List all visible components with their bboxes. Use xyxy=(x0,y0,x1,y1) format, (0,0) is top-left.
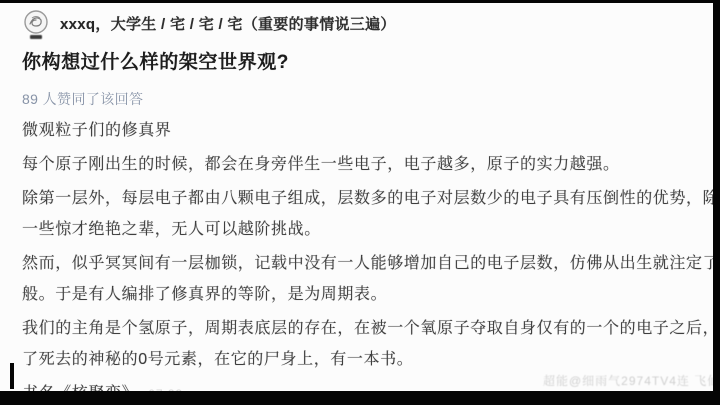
book-title: 书名《核聚变》 xyxy=(22,378,138,391)
question-title[interactable]: 你构想过什么样的架空世界观? xyxy=(22,47,289,74)
answer-header: xxxq，大学生 / 宅 / 宅 / 宅（重要的事情说三遍） xyxy=(22,9,396,37)
answer-line: 般。于是有人编排了修真界的等阶，是为周期表。 xyxy=(22,279,707,310)
letterbox-bottom-bar xyxy=(0,391,720,405)
author-name[interactable]: xxxq xyxy=(60,16,95,33)
answer-line: 我们的主角是个氢原子，周期表底层的存在，在被一个氧原子夺取自身仅有的一个的电子之… xyxy=(22,313,707,344)
author-bio: ，大学生 / 宅 / 宅 / 宅（重要的事情说三遍） xyxy=(95,16,395,33)
section-heading: 微观粒子们的修真界 xyxy=(22,115,707,146)
doodle-avatar-icon xyxy=(22,9,50,37)
left-edge-notch xyxy=(10,363,14,389)
answer-body: 微观粒子们的修真界 每个原子刚出生的时候，都会在身旁伴生一些电子，电子越多，原子… xyxy=(22,115,707,391)
letterbox-right-bar xyxy=(713,0,720,405)
answer-line: 一些惊才绝艳之辈，无人可以越阶挑战。 xyxy=(22,214,707,245)
author-avatar[interactable] xyxy=(22,9,50,37)
vote-count[interactable]: 89 人赞同了该回答 xyxy=(22,89,143,109)
answer-paragraph: 每个原子刚出生的时候，都会在身旁伴生一些电子，电子越多，原子的实力越强。 xyxy=(22,149,707,180)
answer-line: 每个原子刚出生的时候，都会在身旁伴生一些电子，电子越多，原子的实力越强。 xyxy=(22,149,707,180)
answer-line: 然而，似乎冥冥间有一层枷锁，记载中没有一人能够增加自己的电子层数，仿佛从出生就注… xyxy=(22,248,707,279)
video-frame: xxxq，大学生 / 宅 / 宅 / 宅（重要的事情说三遍） 你构想过什么样的架… xyxy=(0,0,720,405)
answer-line: 除第一层外，每层电子都由八颗电子组成，层数多的电子对层数少的电子具有压倒性的优势… xyxy=(22,183,707,214)
answer-paragraph: 我们的主角是个氢原子，周期表底层的存在，在被一个氧原子夺取自身仅有的一个的电子之… xyxy=(22,313,707,375)
answer-line: 微观粒子们的修真界 xyxy=(22,115,707,146)
answer-paragraph: 然而，似乎冥冥间有一层枷锁，记载中没有一人能够增加自己的电子层数，仿佛从出生就注… xyxy=(22,248,707,310)
answer-line: 了死去的神秘的0号元素，在它的尸身上，有一本书。 xyxy=(22,344,707,375)
watermark: 超能@细雨气2974TV4连 飞仙 xyxy=(543,372,713,389)
answer-paragraph: 除第一层外，每层电子都由八颗电子组成，层数多的电子对层数少的电子具有压倒性的优势… xyxy=(22,183,707,245)
content-card: xxxq，大学生 / 宅 / 宅 / 宅（重要的事情说三遍） 你构想过什么样的架… xyxy=(0,3,713,391)
letterbox-top-bar xyxy=(0,0,720,3)
author-line: xxxq，大学生 / 宅 / 宅 / 宅（重要的事情说三遍） xyxy=(60,13,396,34)
avatar-caption-mark xyxy=(30,35,42,39)
